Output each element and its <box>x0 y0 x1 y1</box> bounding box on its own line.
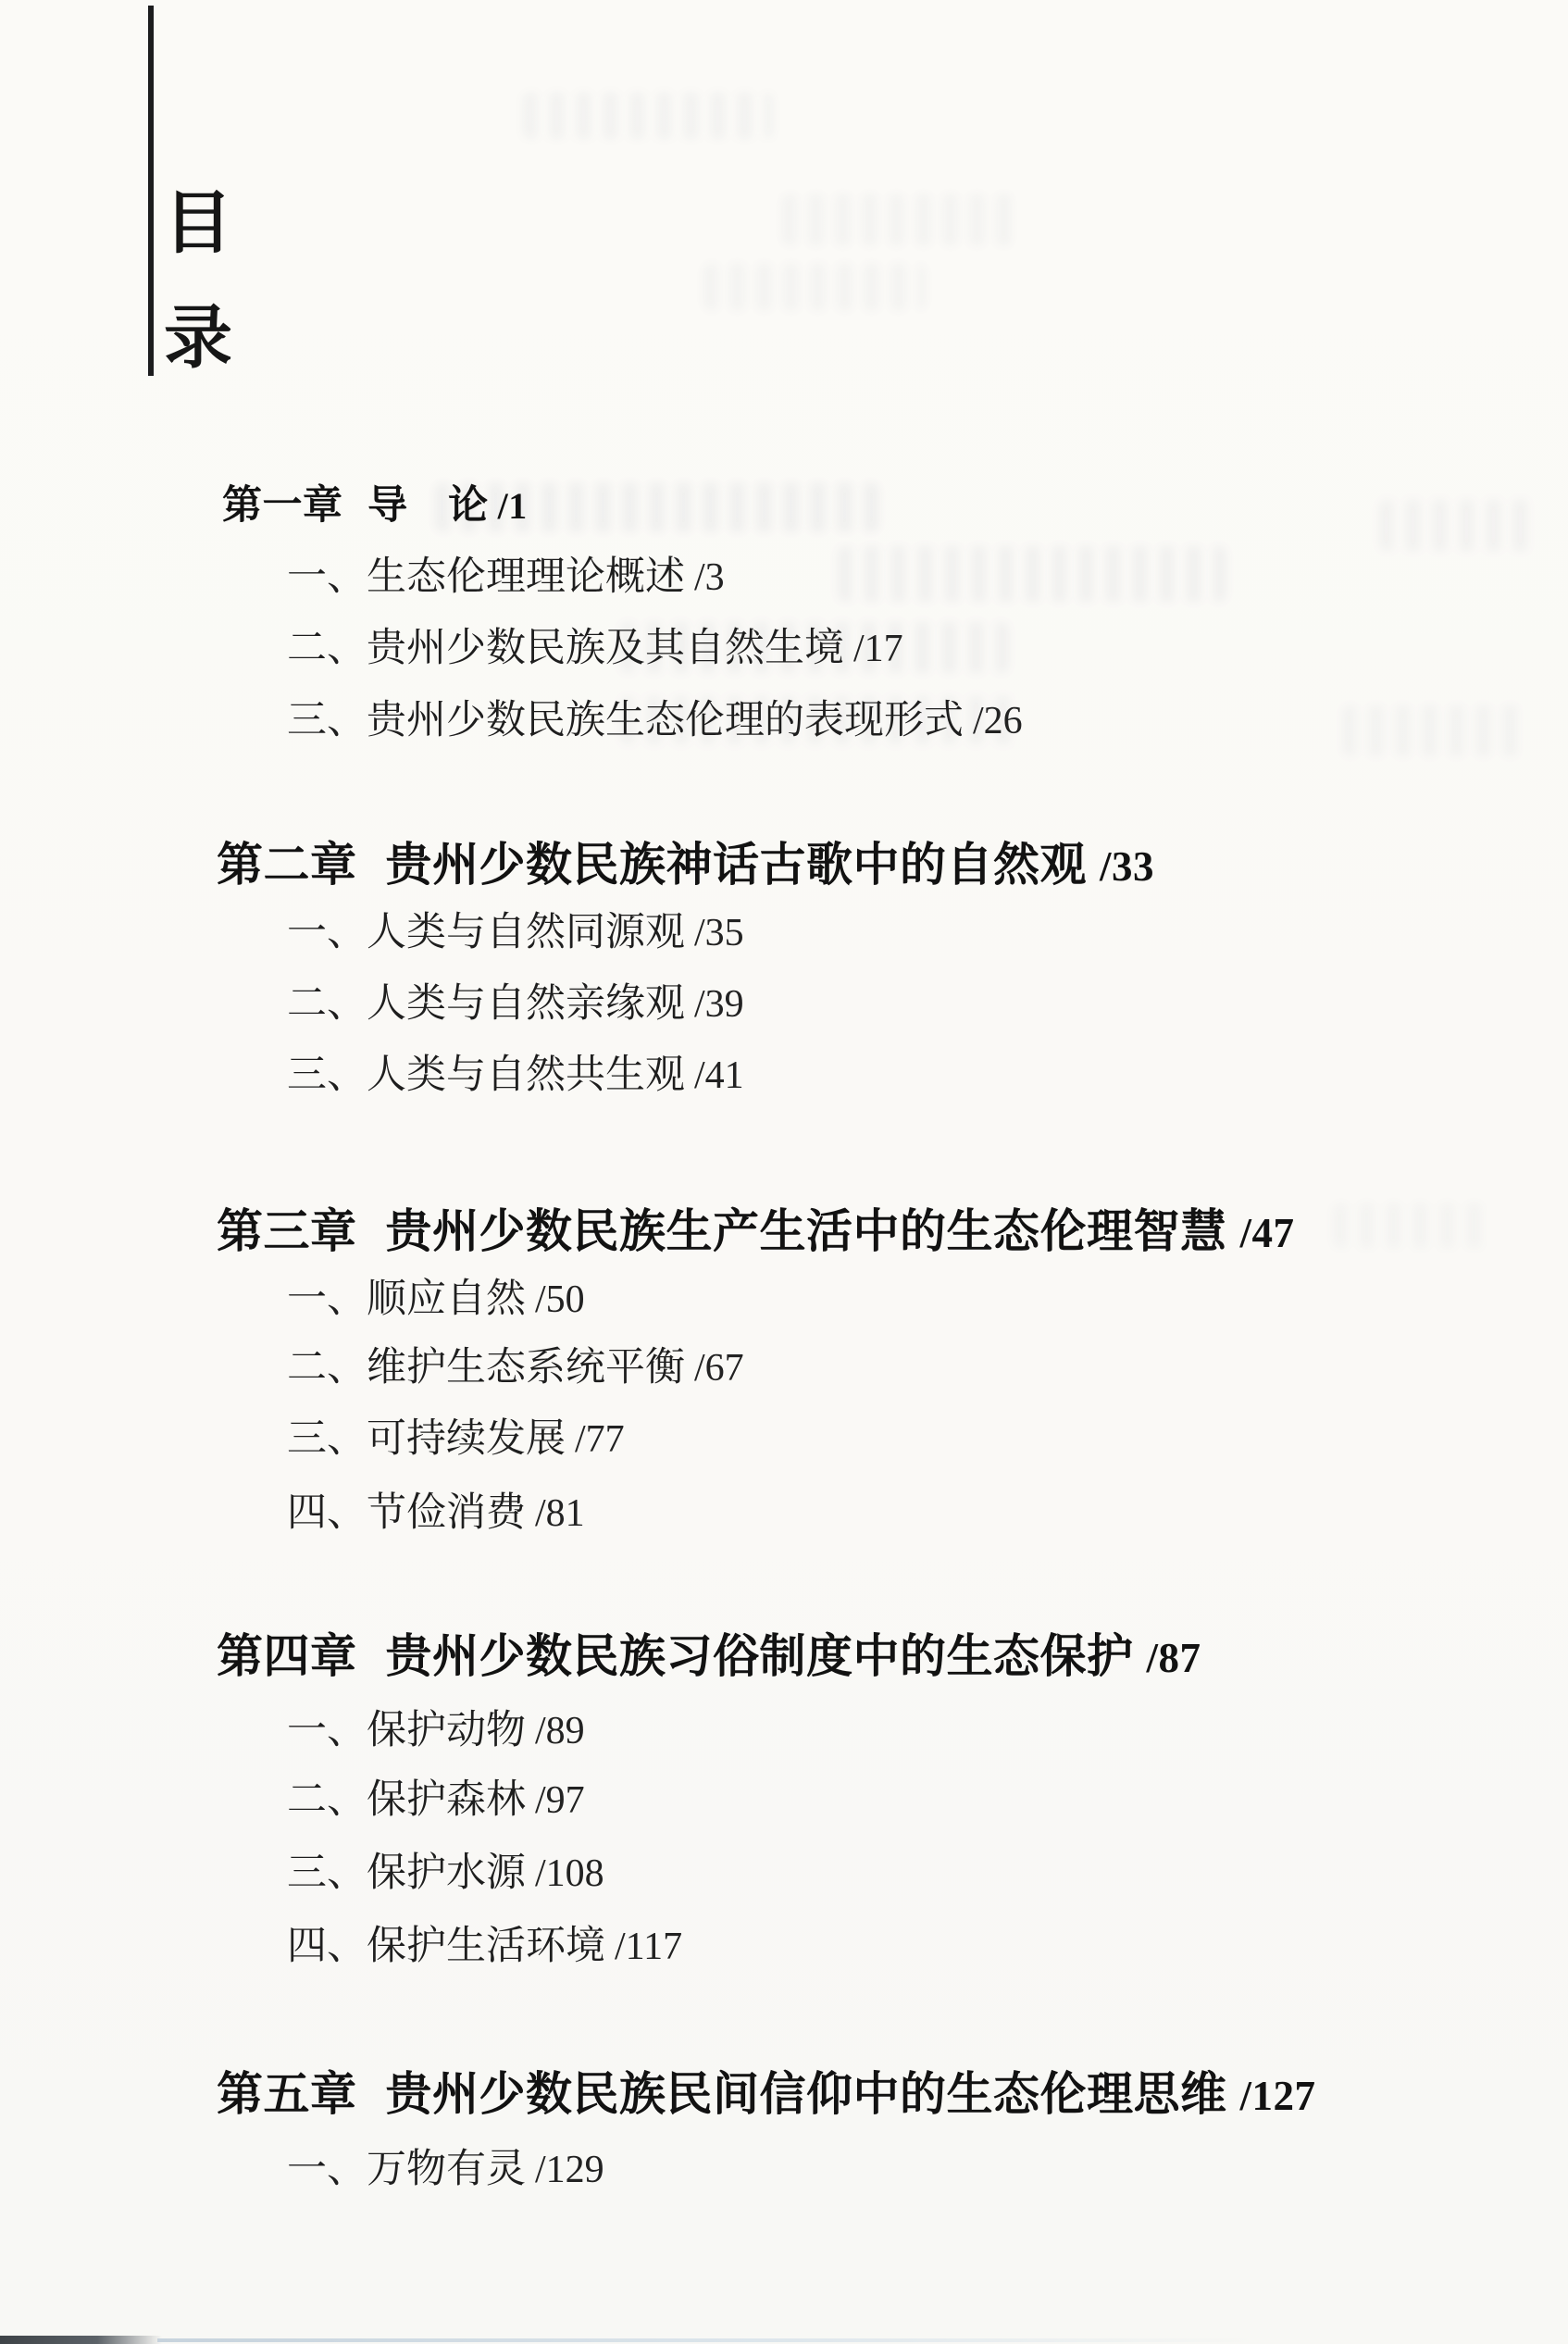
toc-item-page-number: /39 <box>694 983 744 1026</box>
bleed-through-artifact <box>782 194 1014 245</box>
bleed-through-artifact <box>1342 705 1527 756</box>
toc-item: 一、万物有灵/129 <box>287 2150 604 2189</box>
toc-item-text: 三、贵州少数民族生态伦理的表现形式 <box>287 699 964 742</box>
toc-item: 二、保护森林/97 <box>287 1780 585 1820</box>
chapter-page-number: /33 <box>1100 843 1154 890</box>
toc-item-page-number: /17 <box>853 628 903 670</box>
toc-item-page-number: /67 <box>694 1347 744 1390</box>
bleed-through-artifact <box>703 264 926 310</box>
chapter-title: 导 论 <box>367 483 489 528</box>
toc-item-text: 一、万物有灵 <box>287 2148 526 2191</box>
chapter-number: 第五章 <box>217 2068 357 2120</box>
chapter-page-number: /87 <box>1147 1635 1201 1681</box>
toc-item-text: 四、保护生活环境 <box>287 1925 605 1968</box>
toc-item: 一、生态伦理理论概述/3 <box>287 557 725 597</box>
toc-item: 三、保护水源/108 <box>287 1853 604 1893</box>
toc-item: 四、节俭消费/81 <box>287 1493 585 1533</box>
vertical-rule <box>148 6 154 376</box>
toc-item: 一、顺应自然/50 <box>287 1279 585 1319</box>
toc-page: 目 录 第一章导 论/1 一、生态伦理理论概述/3 二、贵州少数民族及其自然生境… <box>0 0 1568 2344</box>
bleed-through-artifact <box>1379 500 1537 551</box>
toc-item-text: 二、维护生态系统平衡 <box>287 1346 685 1390</box>
bleed-through-artifact <box>838 546 1226 602</box>
toc-item-text: 二、人类与自然亲缘观 <box>287 982 685 1026</box>
toc-item-text: 一、人类与自然同源观 <box>287 911 685 954</box>
toc-item-page-number: /117 <box>615 1926 682 1968</box>
toc-item-page-number: /108 <box>535 1852 604 1895</box>
toc-item: 二、贵州少数民族及其自然生境/17 <box>287 629 903 668</box>
toc-item-text: 三、人类与自然共生观 <box>287 1054 685 1097</box>
chapter-heading: 第三章贵州少数民族生产生活中的生态伦理智慧/47 <box>217 1208 1295 1254</box>
chapter-heading: 第四章贵州少数民族习俗制度中的生态保护/87 <box>217 1633 1201 1679</box>
chapter-number: 第一章 <box>222 483 343 528</box>
chapter-heading: 第二章贵州少数民族神话古歌中的自然观/33 <box>217 842 1154 888</box>
toc-item: 一、人类与自然同源观/35 <box>287 913 744 953</box>
chapter-heading: 第一章导 论/1 <box>222 486 528 526</box>
toc-item-page-number: /41 <box>694 1054 744 1097</box>
chapter-title: 贵州少数民族神话古歌中的自然观 <box>386 839 1088 891</box>
toc-item: 三、贵州少数民族生态伦理的表现形式/26 <box>287 701 1023 741</box>
scan-edge-artifact <box>157 2338 1259 2342</box>
toc-item-page-number: /3 <box>694 556 725 599</box>
toc-item-text: 一、保护动物 <box>287 1709 526 1752</box>
toc-item-text: 一、顺应自然 <box>287 1278 526 1321</box>
toc-item: 二、人类与自然亲缘观/39 <box>287 984 744 1024</box>
toc-item-page-number: /89 <box>535 1710 585 1752</box>
page-title-char-mu: 目 <box>164 189 232 257</box>
toc-item-text: 一、生态伦理理论概述 <box>287 555 685 599</box>
toc-item-page-number: /35 <box>694 912 744 954</box>
toc-item: 一、保护动物/89 <box>287 1711 585 1751</box>
chapter-page-number: /47 <box>1240 1210 1295 1256</box>
toc-item-text: 二、保护森林 <box>287 1778 526 1822</box>
chapter-number: 第三章 <box>217 1205 357 1257</box>
chapter-title: 贵州少数民族生产生活中的生态伦理智慧 <box>386 1205 1227 1257</box>
chapter-number: 第四章 <box>217 1630 357 1682</box>
toc-item-page-number: /77 <box>575 1418 625 1461</box>
toc-item: 二、维护生态系统平衡/67 <box>287 1348 744 1388</box>
chapter-heading: 第五章贵州少数民族民间信仰中的生态伦理思维/127 <box>217 2071 1316 2117</box>
toc-item: 三、可持续发展/77 <box>287 1419 625 1459</box>
toc-item-page-number: /129 <box>535 2149 604 2191</box>
toc-item-page-number: /26 <box>973 700 1023 742</box>
toc-item: 四、保护生活环境/117 <box>287 1926 682 1966</box>
toc-item-text: 二、贵州少数民族及其自然生境 <box>287 627 844 670</box>
toc-item-page-number: /97 <box>535 1779 585 1822</box>
chapter-page-number: /127 <box>1240 2073 1316 2119</box>
bleed-through-artifact <box>523 93 773 139</box>
toc-item-text: 四、节俭消费 <box>287 1491 526 1535</box>
chapter-page-number: /1 <box>498 485 528 527</box>
scan-edge-artifact <box>0 2336 162 2344</box>
page-title-char-lu: 录 <box>164 304 232 372</box>
chapter-title: 贵州少数民族习俗制度中的生态保护 <box>386 1630 1134 1682</box>
toc-item: 三、人类与自然共生观/41 <box>287 1055 744 1095</box>
bleed-through-artifact <box>1333 1203 1490 1248</box>
toc-item-page-number: /50 <box>535 1278 585 1321</box>
toc-item-text: 三、可持续发展 <box>287 1417 566 1461</box>
chapter-title: 贵州少数民族民间信仰中的生态伦理思维 <box>386 2068 1227 2120</box>
toc-item-text: 三、保护水源 <box>287 1852 526 1895</box>
chapter-number: 第二章 <box>217 839 357 891</box>
toc-item-page-number: /81 <box>535 1492 585 1535</box>
